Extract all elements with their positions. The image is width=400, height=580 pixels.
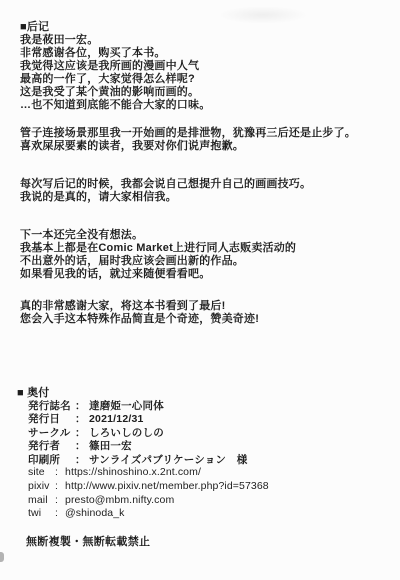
afterword-line: 不出意外的话，届时我应该会画出新的作品。 bbox=[20, 255, 296, 268]
link-label: site bbox=[28, 466, 55, 480]
afterword-line: 我基本上都是在Comic Market上进行同人志贩卖活动的 bbox=[20, 242, 296, 255]
colophon-link-row: mail:presto@mbm.nifty.com bbox=[28, 494, 269, 508]
colophon-heading: ■ 奥付 bbox=[17, 387, 50, 400]
afterword-line: 这是我受了某个黄油的影响而画的。 bbox=[20, 86, 210, 99]
afterword-line: 我觉得这应该是我所画的漫画中人气 bbox=[20, 60, 210, 73]
afterword-intro-paragraph: ■后记 我是莜田一宏。 非常感谢各位，购买了本书。 我觉得这应该是我所画的漫画中… bbox=[20, 21, 210, 112]
afterword-line: 真的非常感谢大家，将这本书看到了最后! bbox=[20, 300, 259, 313]
colophon-label: 発行者 bbox=[28, 440, 75, 453]
twitter-handle-text: @shinoda_k bbox=[65, 507, 125, 519]
afterword-line: …也不知道到底能不能合大家的口味。 bbox=[20, 99, 210, 112]
mail-address-text: presto@mbm.nifty.com bbox=[65, 494, 174, 506]
afterword-line: 非常感谢各位，购买了本书。 bbox=[20, 47, 210, 60]
site-url-text: https://shinoshino.x.2nt.com/ bbox=[65, 466, 201, 478]
afterword-heading: ■后记 bbox=[20, 21, 210, 34]
scanned-afterword-page: ■后记 我是莜田一宏。 非常感谢各位，购买了本书。 我觉得这应该是我所画的漫画中… bbox=[0, 0, 400, 580]
colophon-label: 発行日 bbox=[28, 413, 75, 426]
link-label: twi bbox=[28, 507, 55, 521]
scan-artifact bbox=[0, 552, 4, 562]
link-label: pixiv bbox=[28, 480, 55, 494]
afterword-line: 您会入手这本特殊作品简直是个奇迹，赞美奇迹! bbox=[20, 313, 259, 326]
colophon-link-row: twi:@shinoda_k bbox=[28, 507, 269, 521]
colophon-link-row: pixiv:http://www.pixiv.net/member.php?id… bbox=[28, 480, 269, 494]
colophon-value-printer: サンライズパブリケーション 様 bbox=[89, 454, 248, 466]
colophon-separator: ： bbox=[75, 400, 89, 413]
colophon-row: サークル：しろいしのしの bbox=[28, 427, 248, 440]
afterword-line: 如果看见我的话，就过来随便看看吧。 bbox=[20, 268, 296, 281]
colophon-separator: ： bbox=[75, 440, 89, 453]
afterword-line: 下一本还完全没有想法。 bbox=[20, 229, 296, 242]
link-separator: : bbox=[55, 480, 65, 494]
afterword-line: 每次写后记的时候，我都会说自己想提升自己的画画技巧。 bbox=[20, 178, 311, 191]
afterword-paragraph: 每次写后记的时候，我都会说自己想提升自己的画画技巧。 我说的是真的，请大家相信我… bbox=[20, 178, 311, 204]
afterword-line: 我是莜田一宏。 bbox=[20, 34, 210, 47]
colophon-separator: ： bbox=[75, 413, 89, 426]
scan-artifact bbox=[218, 6, 308, 24]
colophon-link-row: site:https://shinoshino.x.2nt.com/ bbox=[28, 466, 269, 480]
colophon-label: 発行誌名 bbox=[28, 400, 75, 413]
link-separator: : bbox=[55, 494, 65, 508]
colophon-separator: ： bbox=[75, 427, 89, 440]
afterword-line: 喜欢屎尿要素的读者，我要对你们说声抱歉。 bbox=[20, 140, 356, 153]
link-separator: : bbox=[55, 466, 65, 480]
link-label: mail bbox=[28, 494, 55, 508]
colophon-rows: 発行誌名：達磨姫一心同体 発行日：2021/12/31 サークル：しろいしのしの… bbox=[28, 400, 248, 467]
colophon-value-publish-date: 2021/12/31 bbox=[89, 413, 144, 425]
colophon-value-publisher: 篠田一宏 bbox=[89, 440, 132, 452]
afterword-line: 我说的是真的，请大家相信我。 bbox=[20, 191, 311, 204]
colophon-links: site:https://shinoshino.x.2nt.com/ pixiv… bbox=[28, 466, 269, 521]
pixiv-url-text: http://www.pixiv.net/member.php?id=57368 bbox=[65, 480, 269, 492]
afterword-paragraph: 下一本还完全没有想法。 我基本上都是在Comic Market上进行同人志贩卖活… bbox=[20, 229, 296, 281]
colophon-label: サークル bbox=[28, 427, 75, 440]
afterword-line: 最高的一作了，大家觉得怎么样呢? bbox=[20, 73, 210, 86]
link-separator: : bbox=[55, 507, 65, 521]
colophon-value-book-title: 達磨姫一心同体 bbox=[89, 400, 164, 412]
copyright-notice: 無断複製・無断転載禁止 bbox=[26, 536, 150, 549]
afterword-paragraph: 管子连接场景那里我一开始画的是排泄物，犹豫再三后还是止步了。 喜欢屎尿要素的读者… bbox=[20, 127, 356, 153]
colophon-row: 発行日：2021/12/31 bbox=[28, 413, 248, 426]
afterword-line: 管子连接场景那里我一开始画的是排泄物，犹豫再三后还是止步了。 bbox=[20, 127, 356, 140]
colophon-value-circle: しろいしのしの bbox=[89, 427, 164, 439]
colophon-row: 発行者：篠田一宏 bbox=[28, 440, 248, 453]
afterword-paragraph: 真的非常感谢大家，将这本书看到了最后! 您会入手这本特殊作品简直是个奇迹，赞美奇… bbox=[20, 300, 259, 326]
colophon-row: 発行誌名：達磨姫一心同体 bbox=[28, 400, 248, 413]
